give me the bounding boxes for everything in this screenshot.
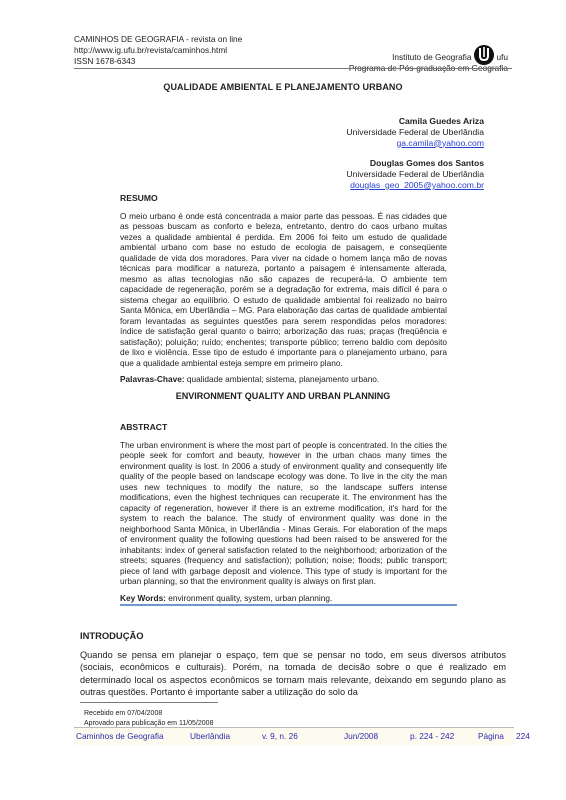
institute-header: Instituto de Geografia ufu Programa de P… bbox=[349, 43, 508, 74]
author-email-link[interactable]: ga.camila@yahoo.com bbox=[396, 138, 484, 148]
resumo-keywords: Palavras-Chave: qualidade ambiental; sis… bbox=[120, 374, 447, 385]
abstract-keywords: Key Words: environment quality, system, … bbox=[120, 593, 447, 604]
author-list: Camila Guedes Ariza Universidade Federal… bbox=[346, 116, 484, 201]
author-entry: Camila Guedes Ariza Universidade Federal… bbox=[346, 116, 484, 148]
footnote-divider bbox=[80, 702, 218, 703]
footer-journal: Caminhos de Geografia bbox=[76, 731, 164, 741]
abstract-heading: ABSTRACT bbox=[120, 422, 447, 433]
english-title: ENVIRONMENT QUALITY AND URBAN PLANNING bbox=[0, 391, 566, 401]
footer-volume: v. 9, n. 26 bbox=[262, 731, 298, 741]
resumo-section: RESUMO O meio urbano é onde está concent… bbox=[120, 193, 447, 385]
abstract-divider bbox=[120, 604, 457, 606]
footnotes: Recebido em 07/04/2008 Aprovado para pub… bbox=[84, 709, 213, 728]
abstract-section: ABSTRACT The urban environment is where … bbox=[120, 422, 447, 603]
author-affiliation: Universidade Federal de Uberlândia bbox=[346, 127, 484, 138]
footer-page-label: Página bbox=[478, 731, 504, 741]
abstract-text: The urban environment is where the most … bbox=[120, 440, 447, 587]
introduction-section: INTRODUÇÃO Quando se pensa em planejar o… bbox=[80, 630, 506, 698]
page-footer: Caminhos de Geografia Uberlândia v. 9, n… bbox=[74, 727, 514, 745]
institute-name: Instituto de Geografia bbox=[392, 52, 471, 63]
introduction-text: Quando se pensa em planejar o espaço, te… bbox=[80, 649, 506, 698]
ufu-logo-text: ufu bbox=[496, 52, 508, 63]
author-name: Camila Guedes Ariza bbox=[346, 116, 484, 127]
keywords-label: Palavras-Chave: bbox=[120, 374, 185, 384]
footer-city: Uberlândia bbox=[190, 731, 230, 741]
keywords-text: environment quality, system, urban plann… bbox=[168, 593, 332, 603]
paper-title: QUALIDADE AMBIENTAL E PLANEJAMENTO URBAN… bbox=[0, 82, 566, 92]
received-date: Recebido em 07/04/2008 bbox=[84, 709, 213, 719]
introduction-heading: INTRODUÇÃO bbox=[80, 630, 506, 642]
journal-issn: ISSN 1678-6343 bbox=[74, 56, 242, 67]
author-email-link[interactable]: douglas_geo_2005@yahoo.com.br bbox=[350, 180, 484, 190]
header-divider bbox=[74, 68, 512, 69]
ufu-logo-icon bbox=[474, 45, 494, 65]
keywords-text: qualidade ambiental; sistema, planejamen… bbox=[187, 374, 379, 384]
footer-page-number: 224 bbox=[516, 731, 530, 741]
journal-name: CAMINHOS DE GEOGRAFIA - revista on line bbox=[74, 34, 242, 45]
keywords-label: Key Words: bbox=[120, 593, 166, 603]
resumo-heading: RESUMO bbox=[120, 193, 447, 204]
journal-header: CAMINHOS DE GEOGRAFIA - revista on line … bbox=[74, 34, 242, 67]
author-entry: Douglas Gomes dos Santos Universidade Fe… bbox=[346, 158, 484, 190]
footer-date: Jun/2008 bbox=[344, 731, 378, 741]
author-name: Douglas Gomes dos Santos bbox=[346, 158, 484, 169]
author-affiliation: Universidade Federal de Uberlândia bbox=[346, 169, 484, 180]
resumo-text: O meio urbano é onde está concentrada a … bbox=[120, 211, 447, 369]
journal-url[interactable]: http://www.ig.ufu.br/revista/caminhos.ht… bbox=[74, 45, 242, 56]
footer-pages: p. 224 - 242 bbox=[410, 731, 454, 741]
